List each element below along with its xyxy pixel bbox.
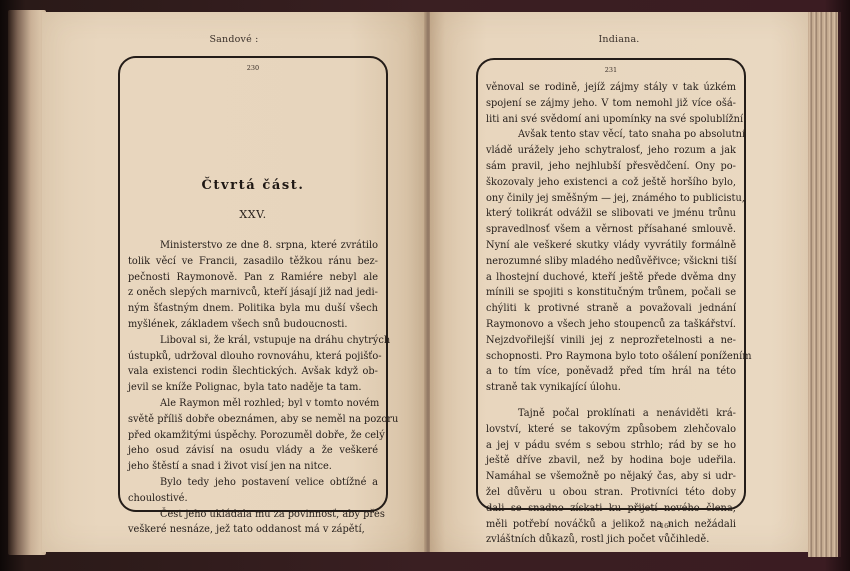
text-line: liti ani své svědomí ani upomínky na své… bbox=[486, 112, 736, 128]
text-line: jevil se kníže Polignac, byla tato naděj… bbox=[128, 380, 378, 396]
text-line: tolik věcí ve Francii, zasadilo těžkou r… bbox=[128, 254, 378, 270]
page-border-frame-right: 231 věnoval se rodině, jejíž zájmy stály… bbox=[476, 58, 746, 510]
text-line: škozovaly jeho existenci a což ještě hor… bbox=[486, 175, 736, 191]
text-line: Nejzdvořilejší vinili jej z neprozřeteln… bbox=[486, 333, 736, 349]
text-line: Raymonovo a všech jeho stoupenců za tašk… bbox=[486, 317, 736, 333]
page-border-frame-left: 230 Čtvrtá část. XXV. Ministerstvo ze dn… bbox=[118, 56, 388, 512]
text-line: Ministerstvo ze dne 8. srpna, které zvrá… bbox=[128, 238, 378, 254]
text-line: který tolikrát odvážil se slibovati ve j… bbox=[486, 206, 736, 222]
text-line: jeho osud závisí na osudu vlády a že veš… bbox=[128, 443, 378, 459]
text-line: a to tím více, poněvadž před tím hrál na… bbox=[486, 364, 736, 380]
text-line: dali se snadno získati ku přijetí nového… bbox=[486, 501, 736, 517]
text-line: veškeré nesnáze, jež tato oddanost má v … bbox=[128, 522, 378, 538]
text-line: věnoval se rodině, jejíž zájmy stály v t… bbox=[486, 80, 736, 96]
text-line: a jej v pádu svém s sebou strhlo; rád by… bbox=[486, 438, 736, 454]
text-line: nerozumné sliby mladého nedůvěřivce; vši… bbox=[486, 254, 736, 270]
text-line: zvláštních důkazů, rostl jich počet vůči… bbox=[486, 532, 736, 548]
paragraph: Tajně počal proklínati a nenáviděti krá-… bbox=[486, 406, 736, 548]
left-page: Sandové : 230 Čtvrtá část. XXV. Minister… bbox=[42, 12, 426, 552]
text-line: Namáhal se všemožně po nějaký čas, aby s… bbox=[486, 469, 736, 485]
text-line: Čest jeho ukládala mu za povinnosť, aby … bbox=[128, 507, 378, 523]
text-line: straně tak vynikající úlohu. bbox=[486, 380, 736, 396]
paragraph: Bylo tedy jeho postavení velice obtížné … bbox=[128, 475, 378, 507]
left-page-body-text: Ministerstvo ze dne 8. srpna, které zvrá… bbox=[128, 238, 378, 538]
text-line: mínili se spojiti s konstitučným trůnem,… bbox=[486, 285, 736, 301]
text-line: ným šťastným dnem. Politika byla mu duší… bbox=[128, 301, 378, 317]
chapter-number: XXV. bbox=[120, 208, 386, 221]
paragraph-gap bbox=[486, 396, 736, 406]
text-line: pečnosti Raymonově. Pan z Ramiére nebyl … bbox=[128, 270, 378, 286]
left-page-edges bbox=[8, 10, 46, 555]
paragraph: věnoval se rodině, jejíž zájmy stály v t… bbox=[486, 80, 736, 127]
section-title: Čtvrtá část. bbox=[120, 178, 386, 193]
text-line: vala existenci rodin šlechtických. Avšak… bbox=[128, 364, 378, 380]
right-page: Indiana. 231 věnoval se rodině, jejíž zá… bbox=[430, 12, 808, 552]
text-line: měli potřebí nováčků a jelikož na nich n… bbox=[486, 517, 736, 533]
paragraph: Ale Raymon měl rozhled; byl v tomto nové… bbox=[128, 396, 378, 475]
text-line: chýliti k protivné straně a považovali j… bbox=[486, 301, 736, 317]
paragraph: Avšak tento stav věcí, tato snaha po abs… bbox=[486, 127, 736, 396]
text-line: Ale Raymon měl rozhled; byl v tomto nové… bbox=[128, 396, 378, 412]
right-page-edges bbox=[808, 12, 841, 557]
text-line: choulostivé. bbox=[128, 491, 378, 507]
paragraph: Ministerstvo ze dne 8. srpna, které zvrá… bbox=[128, 238, 378, 333]
text-line: ještě dříve zbavil, než by hodina boje u… bbox=[486, 453, 736, 469]
running-head-right: Indiana. bbox=[430, 34, 808, 45]
signature-mark: 16* bbox=[660, 522, 672, 530]
text-line: před okamžitými úspěchy. Porozuměl dobře… bbox=[128, 428, 378, 444]
text-line: Bylo tedy jeho postavení velice obtížné … bbox=[128, 475, 378, 491]
text-line: jeho štěstí a snad i život visí jen na n… bbox=[128, 459, 378, 475]
text-line: z oněch slepých marnivců, kteří jásají j… bbox=[128, 285, 378, 301]
text-line: žel důvěru u obou stran. Protivníci této… bbox=[486, 485, 736, 501]
text-line: Liboval si, že král, vstupuje na dráhu c… bbox=[128, 333, 378, 349]
text-line: spravedlnosť všem a věrnost přísahané sm… bbox=[486, 222, 736, 238]
text-line: schopnosti. Pro Raymona bylo toto ošálen… bbox=[486, 349, 736, 365]
text-line: ústupků, udržoval dlouho rovnováhu, kter… bbox=[128, 349, 378, 365]
paragraph: Liboval si, že král, vstupuje na dráhu c… bbox=[128, 333, 378, 396]
page-number-right: 231 bbox=[478, 66, 744, 74]
text-line: Tajně počal proklínati a nenáviděti krá- bbox=[486, 406, 736, 422]
right-page-body-text: věnoval se rodině, jejíž zájmy stály v t… bbox=[486, 80, 736, 548]
page-number-left: 230 bbox=[120, 64, 386, 72]
text-line: Avšak tento stav věcí, tato snaha po abs… bbox=[486, 127, 736, 143]
text-line: vládě urážely jeho schytralosť, jeho roz… bbox=[486, 143, 736, 159]
text-line: lovství, které se takovým způsobem zlehč… bbox=[486, 422, 736, 438]
running-head-left: Sandové : bbox=[42, 34, 426, 45]
text-line: Nyní ale veškeré skutky vlády vyvrátily … bbox=[486, 238, 736, 254]
paragraph: Čest jeho ukládala mu za povinnosť, aby … bbox=[128, 507, 378, 539]
text-line: myšlének, základem všech snů budoucnosti… bbox=[128, 317, 378, 333]
text-line: světě příliš dobře obeznámen, aby se nem… bbox=[128, 412, 378, 428]
text-line: spojení se zájmy jeho. V tom nemohl již … bbox=[486, 96, 736, 112]
text-line: sám pravil, jeho nejhlubší přesvědčení. … bbox=[486, 159, 736, 175]
text-line: a lhostejní duchové, kteří ještě přede d… bbox=[486, 270, 736, 286]
text-line: ony činily jej směšným — jej, známého to… bbox=[486, 191, 736, 207]
